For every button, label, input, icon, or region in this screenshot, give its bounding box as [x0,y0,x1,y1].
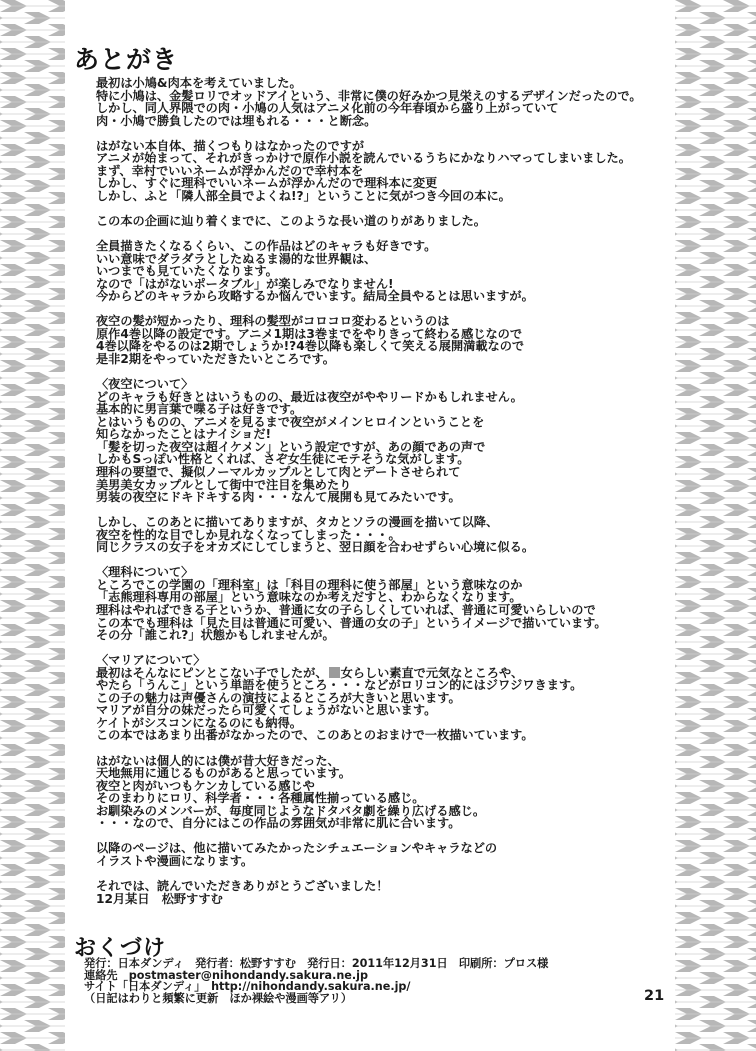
text-line: 全員描きたくなるくらい、この作品はどのキャラも好きです。 [96,240,642,253]
text-line: 理科はやればできる子というか、普通に女の子らしくしていれば、普通に可愛いらしいの… [96,604,642,617]
text-line: 〈理科について〉 [96,566,642,579]
text-line: （日記はわりと頻繁に更新 ほか裸絵や漫画等アリ） [84,993,548,1005]
text-line: 肉・小鳩で勝負したのでは埋もれる・・・と断念。 [96,115,642,128]
text-line: この本ではあまり出番がなかったので、このあとのおまけで一枚描いています。 [96,729,642,742]
afterword-text: 最初は小鳩&肉本を考えていました。特に小鳩は、金髪ロリでオッドアイという、非常に… [96,77,642,905]
text-line: この本の企画に辿り着くまでに、このような長い道のりがありました。 [96,215,642,228]
text-line: 天地無用に通じるものがあると思っています。 [96,767,642,780]
text-line: 男装の夜空にドキドキする肉・・・なんて展開も見てみたいです。 [96,491,642,504]
decorative-border-left [0,0,65,1051]
text-line: そのまわりにロリ、科学者・・・各種属性揃っている感じ。 [96,792,642,805]
text-line: アニメが始まって、それがきっかけで原作小説を読んでいるうちにかなりハマってしまい… [96,152,642,165]
text-line: 発行：日本ダンディ 発行者：松野すすむ 発行日：2011年12月31日 印刷所：… [84,958,548,970]
text-line: マリアが自分の妹だったら可愛くてしょうがないと思います。 [96,704,642,717]
text-line: 基本的に男言葉で喋る子は好きです。 [96,403,642,416]
afterword-heading: あとがき [74,40,178,76]
text-line: しかし、ふと「隣人部全員でよくね!?」ということに気がつき今回の本に。 [96,190,642,203]
text-line: しかし、同人界隈での肉・小鳩の人気はアニメ化前の今年春頃から盛り上がっていて [96,102,642,115]
censor-box [329,667,340,678]
text-line: イラストや漫画になります。 [96,855,642,868]
text-line: 最初は小鳩&肉本を考えていました。 [96,77,642,90]
decorative-border-right [675,0,756,1051]
text-line: それでは、読んでいただきありがとうございました！ [96,880,642,893]
text-line: いつまでも見ていたくなります。 [96,265,642,278]
text-line: 是非2期をやっていただきたいところです。 [96,353,642,366]
text-line: 理科の要望で、擬似ノーマルカップルとして肉とデートさせられて [96,466,642,479]
scanned-page: { "page": { "afterword_title": "あとがき", "… [0,0,756,1051]
text-line: 知らなかったことはナイショだ! [96,428,642,441]
text-line: 今からどのキャラから攻略するか悩んでいます。結局全員やるとは思いますが。 [96,290,642,303]
text-line: 同じクラスの女子をオカズにしてしまうと、翌日顔を合わせずらい心境に似る。 [96,541,642,554]
page-number: 21 [644,988,664,1004]
text-line: 〈夜空について〉 [96,378,642,391]
text-line [96,742,642,755]
colophon-text: 発行：日本ダンディ 発行者：松野すすむ 発行日：2011年12月31日 印刷所：… [84,958,548,1005]
text-line: しかし、このあとに描いてありますが、タカとソラの漫画を描いて以降、 [96,516,642,529]
text-line: その分「誰これ?」状態かもしれませんが。 [96,629,642,642]
text-line: ・・・なので、自分にはこの作品の雰囲気が非常に肌に合います。 [96,817,642,830]
text-line: 12月某日 松野すすむ [96,893,642,906]
text-line [96,127,642,140]
text-line: やたら「うんこ」という単語を使うところ・・・などがロリコン的にはジワジワきます。 [96,679,642,692]
text-line: 〈マリアについて〉 [96,654,642,667]
